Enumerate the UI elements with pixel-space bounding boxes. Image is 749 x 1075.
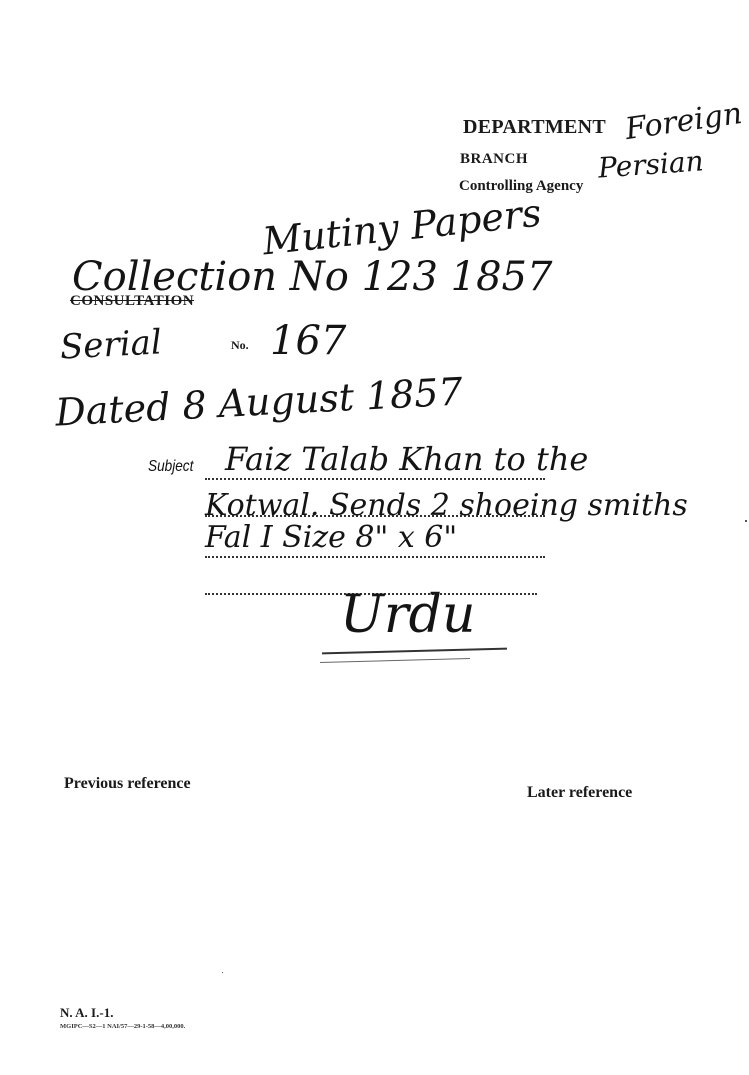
- branch-value: Persian: [597, 144, 705, 184]
- number-label: No.: [231, 338, 249, 353]
- language-underline: [322, 648, 507, 655]
- subject-line-1: Faiz Talab Khan to the: [225, 440, 588, 478]
- language-underline-secondary: [320, 658, 470, 663]
- dated-line: Dated 8 August 1857: [54, 369, 464, 434]
- consultation-label: CONSULTATION: [70, 293, 194, 310]
- previous-reference-label: Previous reference: [64, 775, 191, 793]
- department-label: DEPARTMENT: [463, 116, 606, 139]
- subject-dotted-line-3: [205, 556, 545, 558]
- scan-speck: [745, 520, 747, 522]
- language-note: Urdu: [340, 585, 475, 645]
- scan-speck: [222, 972, 223, 973]
- subject-dotted-line-1: [205, 478, 545, 480]
- form-id: N. A. I.-1.: [60, 1005, 113, 1021]
- subject-line-3: Fal I Size 8" x 6": [205, 520, 457, 555]
- print-line: MGIPC—S2—1 NAI/57—29-1-58—4,00,000.: [60, 1023, 185, 1030]
- department-value: Foreign: [623, 96, 744, 147]
- serial-label: Serial: [59, 322, 163, 367]
- subject-line-2: Kotwal. Sends 2 shoeing smiths: [205, 488, 688, 523]
- serial-number: 167: [270, 318, 346, 364]
- later-reference-label: Later reference: [527, 784, 632, 802]
- subject-label: Subject: [148, 458, 193, 476]
- branch-label: BRANCH: [460, 151, 528, 168]
- collection-heading: Mutiny Papers: [260, 190, 543, 263]
